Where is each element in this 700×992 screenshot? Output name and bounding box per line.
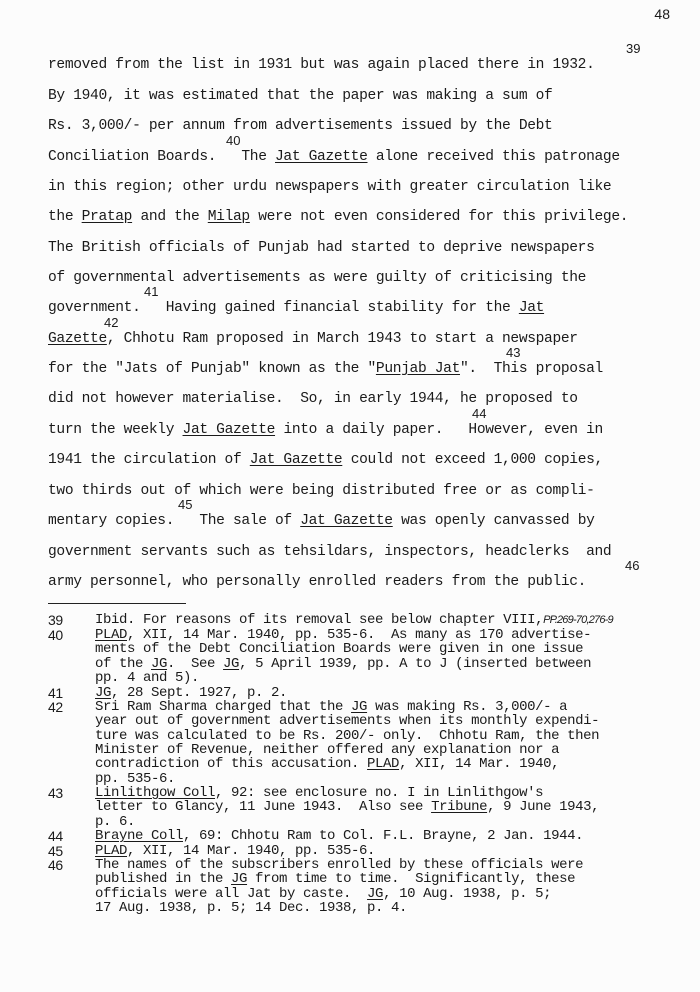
text-segment: were not even considered for this privil… [250,209,628,225]
underlined-title: Jat Gazette [300,513,393,529]
body-line: mentary copies. The sale of Jat Gazette … [48,513,595,529]
text-segment: army personnel, who personally enrolled … [48,574,586,590]
text-segment: ". This proposal [460,361,603,377]
body-line: 1941 the circulation of Jat Gazette coul… [48,452,603,468]
text-segment: alone received this patronage [368,149,620,165]
body-line: Rs. 3,000/- per annum from advertisement… [48,118,552,134]
footnote-line: Sri Ram Sharma charged that the JG was m… [95,700,567,714]
body-line: for the "Jats of Punjab" known as the "P… [48,361,603,377]
footnote-line: pp. 535-6. [95,772,175,786]
text-segment: , 10 Aug. 1938, p. 5; [383,886,551,902]
footnote-line: Ibid. For reasons of its removal see bel… [95,613,613,627]
footnote-marker: 39 [626,41,640,56]
body-line: did not however materialise. So, in earl… [48,391,578,407]
footnote-number: 40 [48,628,63,642]
body-line: government. Having gained financial stab… [48,300,544,316]
text-segment: two thirds out of which were being distr… [48,483,595,499]
text-segment: the [48,209,82,225]
underlined-title: Jat Gazette [250,452,343,468]
text-segment: of governmental advertisements as were g… [48,270,586,286]
text-segment: Ibid. For reasons of its removal see bel… [95,612,543,628]
footnote-line: Minister of Revenue, neither offered any… [95,743,559,757]
body-line: The British officials of Punjab had star… [48,240,595,256]
body-line: Conciliation Boards. The Jat Gazette alo… [48,149,620,165]
body-line: of governmental advertisements as were g… [48,270,586,286]
text-segment: Conciliation Boards. The [48,149,275,165]
footnote-separator [48,603,186,604]
footnote-marker: 43 [506,345,520,360]
footnote-line: year out of government advertisements wh… [95,714,599,728]
footnote-line: ments of the Debt Conciliation Boards we… [95,642,583,656]
footnote-marker: 42 [104,315,118,330]
footnote-marker: 40 [226,133,240,148]
footnote-line: pp. 4 and 5). [95,671,199,685]
text-segment: Rs. 3,000/- per annum from advertisement… [48,118,552,134]
underlined-title: Pratap [82,209,132,225]
footnote-number: 43 [48,786,63,800]
body-line: in this region; other urdu newspapers wi… [48,179,611,195]
footnote-line: ture was calculated to be Rs. 200/- only… [95,729,599,743]
footnote-line: contradiction of this accusation. PLAD, … [95,757,559,771]
text-segment: 17 Aug. 1938, p. 5; 14 Dec. 1938, p. 4. [95,900,407,916]
underlined-title: Brayne Coll [95,828,183,844]
text-segment: mentary copies. The sale of [48,513,300,529]
footnote-line: The names of the subscribers enrolled by… [95,858,583,872]
footnote-number: 44 [48,829,63,843]
footnote-line: 17 Aug. 1938, p. 5; 14 Dec. 1938, p. 4. [95,901,407,915]
text-segment: 1941 the circulation of [48,452,250,468]
text-segment: in this region; other urdu newspapers wi… [48,179,611,195]
footnote-line: published in the JG from time to time. S… [95,872,575,886]
body-line: Gazette, Chhotu Ram proposed in March 19… [48,331,578,347]
body-line: the Pratap and the Milap were not even c… [48,209,628,225]
underlined-title: Jat [519,300,544,316]
footnote-line: officials were all Jat by caste. JG, 10 … [95,887,551,901]
footnote-number: 46 [48,858,63,872]
footnote-marker: 44 [472,406,486,421]
text-segment: pp. 4 and 5). [95,670,199,686]
footnote-line: Linlithgow Coll, 92: see enclosure no. I… [95,786,543,800]
text-segment: turn the weekly [48,422,183,438]
footnote-marker: 46 [625,558,639,573]
underlined-title: Gazette [48,331,107,347]
footnote-line: Brayne Coll, 69: Chhotu Ram to Col. F.L.… [95,829,583,843]
text-segment: letter to Glancy, 11 June 1943. Also see [95,799,431,815]
body-line: turn the weekly Jat Gazette into a daily… [48,422,603,438]
text-segment: was openly canvassed by [393,513,595,529]
footnote-line: of the JG. See JG, 5 April 1939, pp. A t… [95,657,591,671]
text-segment: The British officials of Punjab had star… [48,240,595,256]
footnote-line: PLAD, XII, 14 Mar. 1940, pp. 535-6. As m… [95,628,591,642]
body-line: removed from the list in 1931 but was ag… [48,57,595,73]
underlined-title: Milap [208,209,250,225]
text-segment: could not exceed 1,000 copies, [342,452,603,468]
text-segment: government. Having gained financial stab… [48,300,519,316]
text-segment: , 9 June 1943, [487,799,599,815]
text-segment: , 5 April 1939, pp. A to J (inserted bet… [239,656,591,672]
footnote-line: letter to Glancy, 11 June 1943. Also see… [95,800,599,814]
text-segment: government servants such as tehsildars, … [48,544,611,560]
underlined-title: Tribune [431,799,487,815]
text-segment: , XII, 14 Mar. 1940, [399,756,559,772]
page-number: 48 [654,6,670,22]
text-segment: for the "Jats of Punjab" known as the " [48,361,376,377]
underlined-title: Jat Gazette [275,149,368,165]
body-line: two thirds out of which were being distr… [48,483,595,499]
body-line: By 1940, it was estimated that the paper… [48,88,552,104]
footnote-number: 42 [48,700,63,714]
text-segment: into a daily paper. However, even in [275,422,603,438]
handwritten-annotation: PP.269-70,276-9 [543,614,613,626]
text-segment: did not however materialise. So, in earl… [48,391,578,407]
underlined-title: Punjab Jat [376,361,460,377]
text-segment: By 1940, it was estimated that the paper… [48,88,552,104]
underlined-title: JG [223,656,239,672]
footnote-number: 39 [48,613,63,627]
body-line: army personnel, who personally enrolled … [48,574,586,590]
text-segment: removed from the list in 1931 but was ag… [48,57,595,73]
body-line: government servants such as tehsildars, … [48,544,611,560]
footnote-marker: 41 [144,284,158,299]
footnote-marker: 45 [178,497,192,512]
underlined-title: PLAD [367,756,399,772]
text-segment: and the [132,209,208,225]
text-segment: , 69: Chhotu Ram to Col. F.L. Brayne, 2 … [183,828,583,844]
underlined-title: Jat Gazette [183,422,276,438]
footnote-line: p. 6. [95,815,135,829]
